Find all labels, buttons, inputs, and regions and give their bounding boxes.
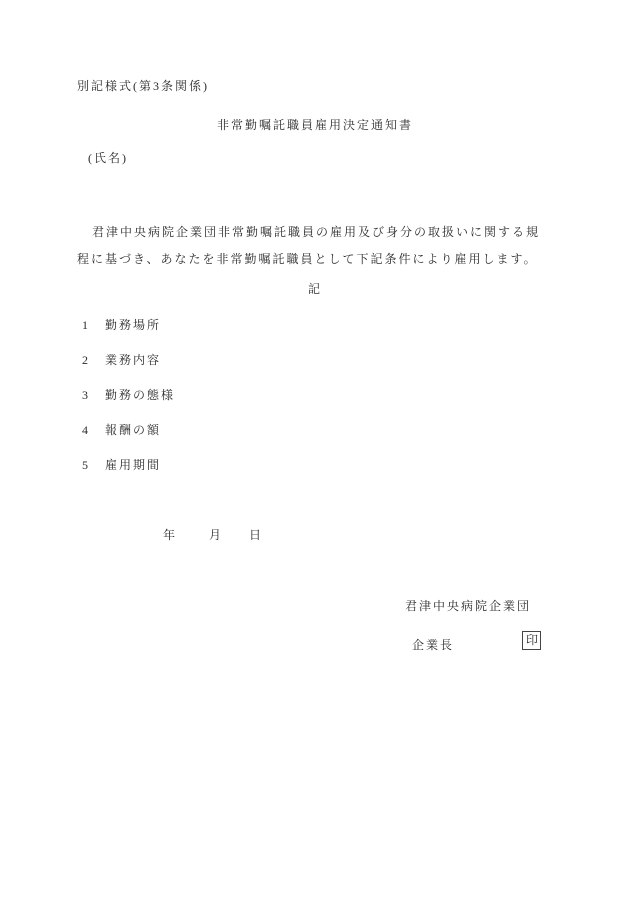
list-item-number: 5 (82, 457, 105, 473)
list-item: 4報酬の額 (82, 422, 161, 438)
body-line: 程に基づき、あなたを非常勤嘱託職員として下記条件により雇用します。 (77, 246, 547, 273)
seal-placeholder: 印 (522, 631, 541, 650)
list-item-label: 勤務の態様 (105, 388, 175, 402)
list-item-label: 雇用期間 (105, 458, 161, 472)
list-item-label: 勤務場所 (105, 318, 161, 332)
list-item-number: 4 (82, 422, 105, 438)
list-item: 2業務内容 (82, 352, 161, 368)
year-label: 年 (163, 528, 175, 542)
date-line: 年 月 日 (163, 527, 261, 543)
list-item: 3勤務の態様 (82, 387, 175, 403)
list-item-label: 報酬の額 (105, 423, 161, 437)
organization-name: 君津中央病院企業団 (405, 598, 531, 614)
form-reference: 別記様式(第3条関係) (77, 78, 209, 94)
list-item: 1勤務場所 (82, 317, 161, 333)
document-title: 非常勤嘱託職員雇用決定通知書 (0, 117, 630, 133)
signer-title: 企業長 (412, 637, 454, 653)
list-item-label: 業務内容 (105, 353, 161, 367)
body-line: 君津中央病院企業団非常勤嘱託職員の雇用及び身分の取扱いに関する規 (77, 219, 547, 246)
list-item-number: 3 (82, 387, 105, 403)
list-item-number: 1 (82, 317, 105, 333)
month-label: 月 (209, 528, 221, 542)
day-label: 日 (249, 528, 261, 542)
body-paragraph: 君津中央病院企業団非常勤嘱託職員の雇用及び身分の取扱いに関する規 程に基づき、あ… (77, 219, 547, 273)
list-heading: 記 (0, 281, 630, 297)
recipient-name-field: (氏名) (88, 150, 128, 166)
list-item-number: 2 (82, 352, 105, 368)
list-item: 5雇用期間 (82, 457, 161, 473)
document-page: 別記様式(第3条関係) 非常勤嘱託職員雇用決定通知書 (氏名) 君津中央病院企業… (0, 0, 630, 915)
